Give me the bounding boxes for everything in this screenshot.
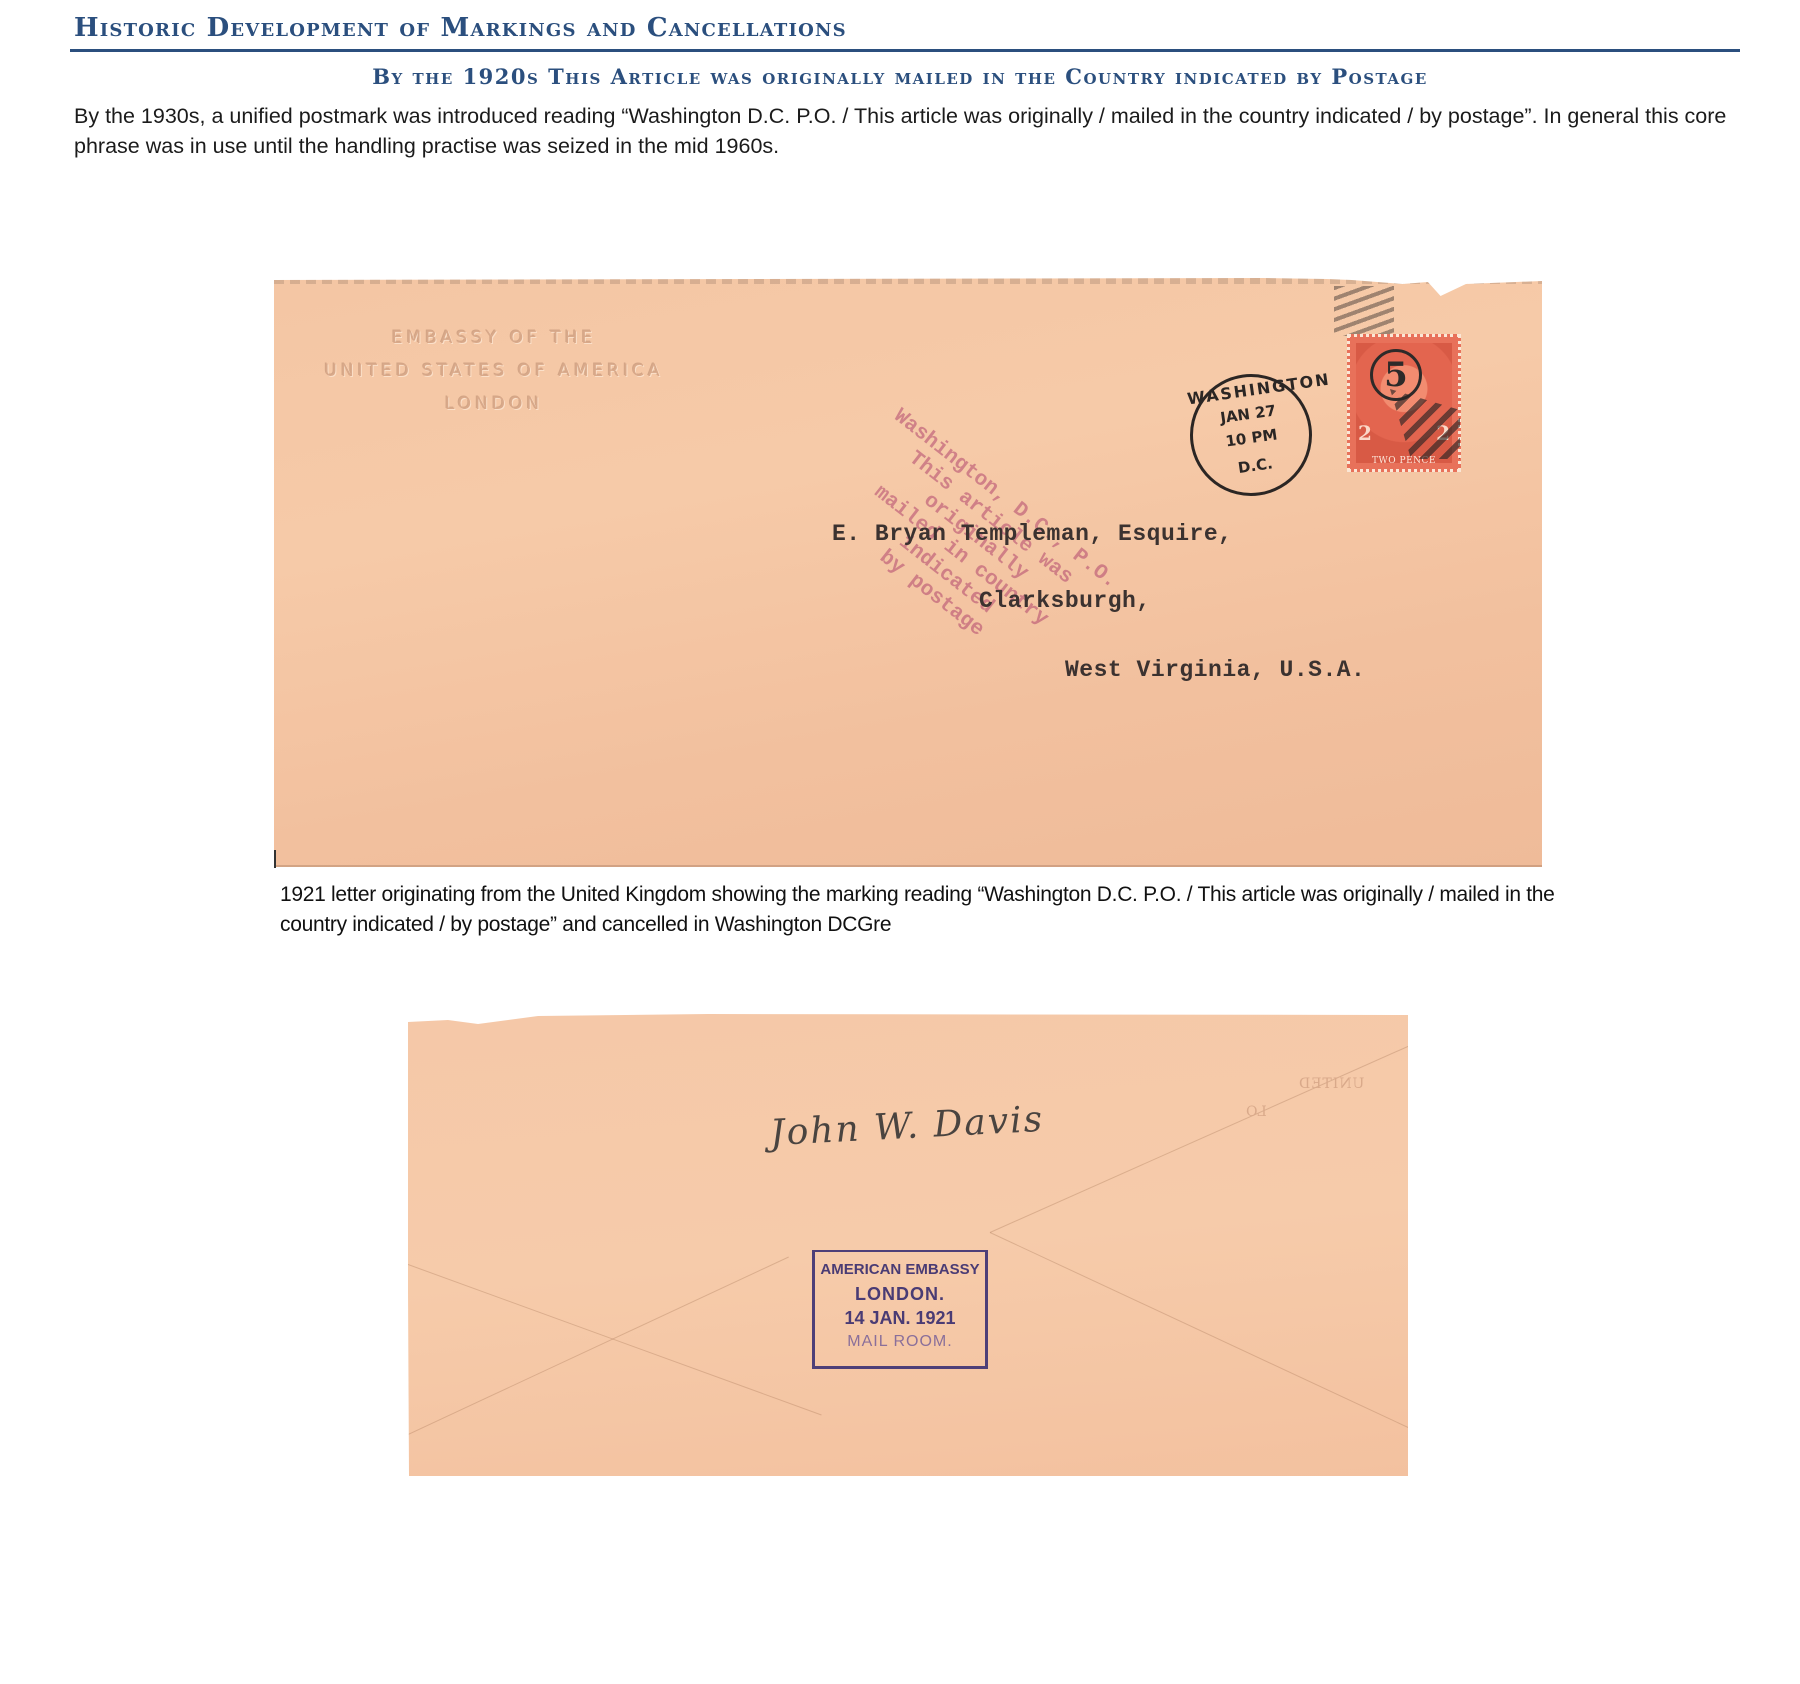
address-line: E. Bryan Templeman, Esquire, (832, 521, 1232, 547)
address-line: West Virginia, U.S.A. (1065, 657, 1365, 683)
flap-crease (990, 1232, 1416, 1432)
address-line: Clarksburgh, (979, 588, 1151, 614)
flap-crease (990, 1038, 1427, 1233)
killer-cancel-bars (1334, 286, 1394, 336)
image-edge-mark (274, 850, 276, 868)
page-header: Historic Development of Markings and Can… (74, 12, 1744, 44)
signature: John W. Davis (769, 1099, 1045, 1154)
stamp-line: MAIL ROOM. (815, 1330, 985, 1354)
postage-stamp: 2 2 TWO PENCE 5 (1347, 334, 1461, 472)
front-cover-image: EMBASSY OF THE UNITED STATES OF AMERICA … (274, 278, 1542, 867)
postmark-state: D.C. (1197, 449, 1314, 483)
flap-crease (408, 1257, 789, 1435)
stamp-value: 2 (1358, 421, 1372, 445)
embossed-line: UNITED STATES OF AMERICA (294, 355, 694, 388)
stamp-line: 14 JAN. 1921 (815, 1306, 985, 1330)
section-subtitle: By the 1920s This Article was originally… (0, 64, 1800, 89)
embassy-mailroom-stamp: AMERICAN EMBASSY LONDON. 14 JAN. 1921 MA… (812, 1250, 988, 1369)
washington-postmark: WASHINGTON JAN 27 10 PM D.C. (1182, 366, 1320, 504)
stamp-line: AMERICAN EMBASSY (815, 1258, 985, 1282)
stamp-line: LONDON. (815, 1282, 985, 1306)
embossed-line: EMBASSY OF THE (294, 322, 694, 355)
embossed-mirror-text: UNITED (1298, 1076, 1364, 1092)
origin-handstamp: Washington, D.C., P.O. This article was … (805, 398, 1130, 696)
front-cover-caption: 1921 letter originating from the United … (280, 880, 1560, 940)
flap-crease (408, 1264, 822, 1415)
embossed-return-address: EMBASSY OF THE UNITED STATES OF AMERICA … (294, 322, 694, 421)
embossed-mirror-text: LO (1246, 1104, 1267, 1120)
intro-paragraph: By the 1930s, a unified postmark was int… (74, 101, 1754, 161)
embossed-line: LONDON (294, 388, 694, 421)
page-title: Historic Development of Markings and Can… (74, 12, 1744, 44)
back-cover-image: UNITED LO John W. Davis AMERICAN EMBASSY… (408, 1014, 1408, 1476)
title-rule (70, 49, 1740, 52)
